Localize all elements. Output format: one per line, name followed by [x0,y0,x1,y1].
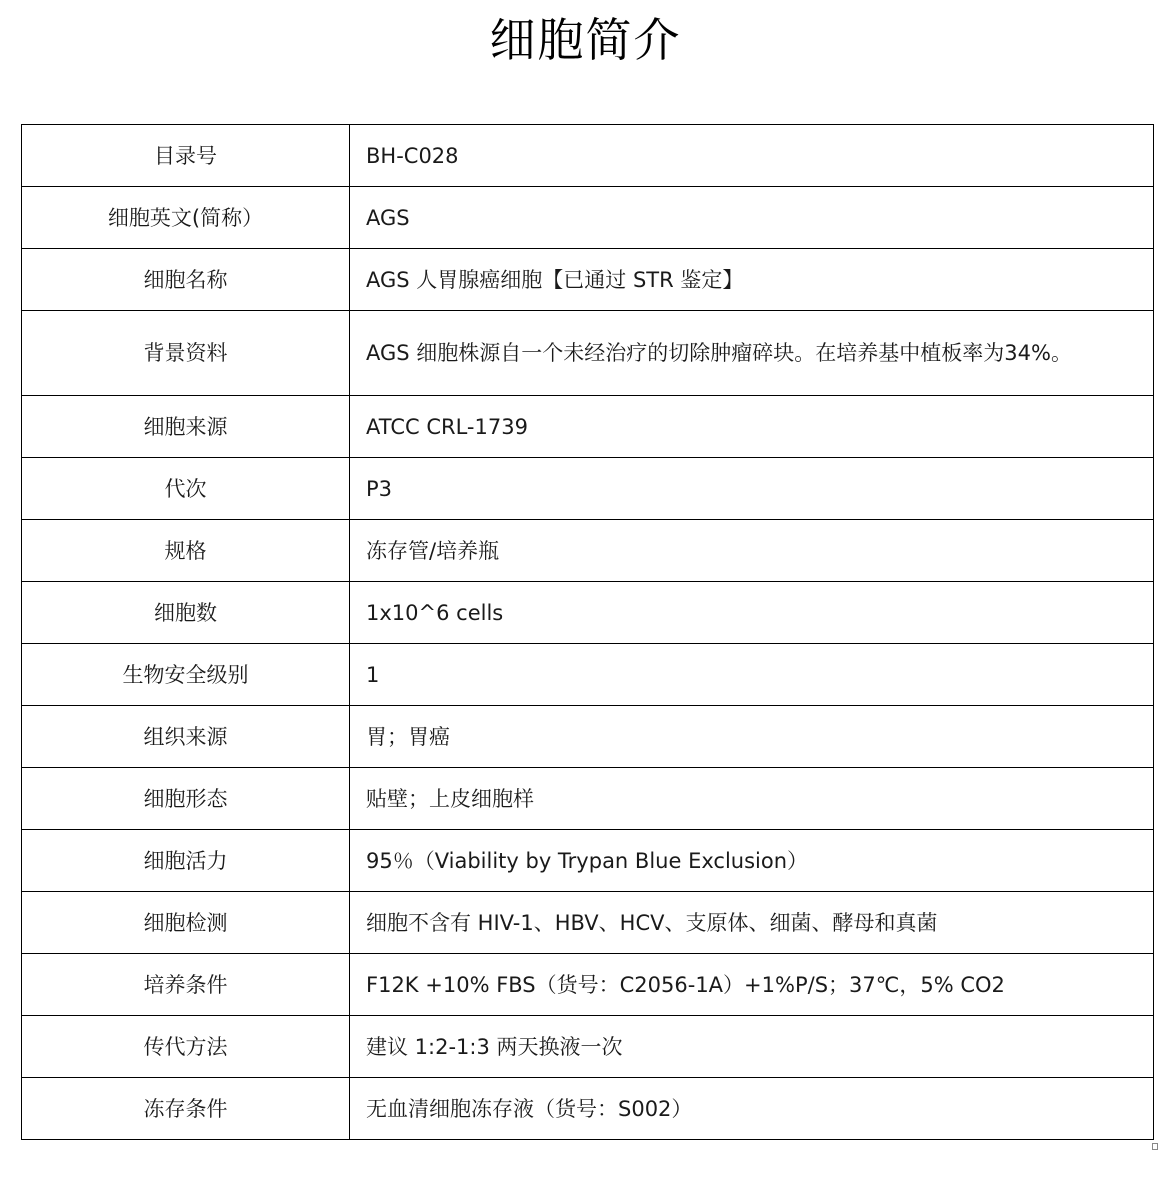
row-label: 细胞来源 [22,396,350,458]
row-label: 目录号 [22,125,350,187]
table-row-cell-name: 细胞名称 AGS 人胃腺癌细胞【已通过 STR 鉴定】 [22,249,1154,311]
row-value: 无血清细胞冻存液（货号：S002） [350,1078,1154,1140]
table-row-background: 背景资料 AGS 细胞株源自一个未经治疗的切除肿瘤碎块。在培养基中植板率为34%… [22,311,1154,396]
row-value: F12K +10% FBS（货号：C2056-1A）+1%P/S；37℃，5% … [350,954,1154,1016]
row-value: 细胞不含有 HIV-1、HBV、HCV、支原体、细菌、酵母和真菌 [350,892,1154,954]
row-label: 背景资料 [22,311,350,396]
document-title: 细胞简介 [0,10,1171,70]
row-label: 规格 [22,520,350,582]
row-label: 细胞英文(简称） [22,187,350,249]
table-row-morphology: 细胞形态 贴壁；上皮细胞样 [22,768,1154,830]
table-row-culture-conditions: 培养条件 F12K +10% FBS（货号：C2056-1A）+1%P/S；37… [22,954,1154,1016]
row-label: 细胞形态 [22,768,350,830]
row-label: 细胞名称 [22,249,350,311]
row-label: 细胞数 [22,582,350,644]
table-row-cell-source: 细胞来源 ATCC CRL-1739 [22,396,1154,458]
table-row-cell-count: 细胞数 1x10^6 cells [22,582,1154,644]
row-value: ATCC CRL-1739 [350,396,1154,458]
row-value: 建议 1:2-1:3 两天换液一次 [350,1016,1154,1078]
row-value: BH-C028 [350,125,1154,187]
table-row-english-name: 细胞英文(简称） AGS [22,187,1154,249]
table-row-biosafety-level: 生物安全级别 1 [22,644,1154,706]
cell-info-table: 目录号 BH-C028 细胞英文(简称） AGS 细胞名称 AGS 人胃腺癌细胞… [21,124,1154,1140]
row-value: 冻存管/培养瓶 [350,520,1154,582]
row-label: 培养条件 [22,954,350,1016]
row-value: AGS 人胃腺癌细胞【已通过 STR 鉴定】 [350,249,1154,311]
table-row-testing: 细胞检测 细胞不含有 HIV-1、HBV、HCV、支原体、细菌、酵母和真菌 [22,892,1154,954]
row-label: 组织来源 [22,706,350,768]
row-value: 胃；胃癌 [350,706,1154,768]
row-value: 1x10^6 cells [350,582,1154,644]
table-row-passage-method: 传代方法 建议 1:2-1:3 两天换液一次 [22,1016,1154,1078]
row-value: AGS 细胞株源自一个未经治疗的切除肿瘤碎块。在培养基中植板率为34%。 [350,311,1154,396]
table-row-catalog-number: 目录号 BH-C028 [22,125,1154,187]
table-resize-handle[interactable] [1152,1143,1158,1150]
row-label: 代次 [22,458,350,520]
row-label: 传代方法 [22,1016,350,1078]
row-label: 生物安全级别 [22,644,350,706]
table-row-viability: 细胞活力 95％（Viability by Trypan Blue Exclus… [22,830,1154,892]
row-label: 冻存条件 [22,1078,350,1140]
row-label: 细胞检测 [22,892,350,954]
table-row-passage: 代次 P3 [22,458,1154,520]
row-value: AGS [350,187,1154,249]
table-row-freezing-conditions: 冻存条件 无血清细胞冻存液（货号：S002） [22,1078,1154,1140]
row-label: 细胞活力 [22,830,350,892]
row-value: 95％（Viability by Trypan Blue Exclusion） [350,830,1154,892]
row-value: 1 [350,644,1154,706]
row-value: P3 [350,458,1154,520]
row-value: 贴壁；上皮细胞样 [350,768,1154,830]
table-row-tissue-source: 组织来源 胃；胃癌 [22,706,1154,768]
table-row-specification: 规格 冻存管/培养瓶 [22,520,1154,582]
